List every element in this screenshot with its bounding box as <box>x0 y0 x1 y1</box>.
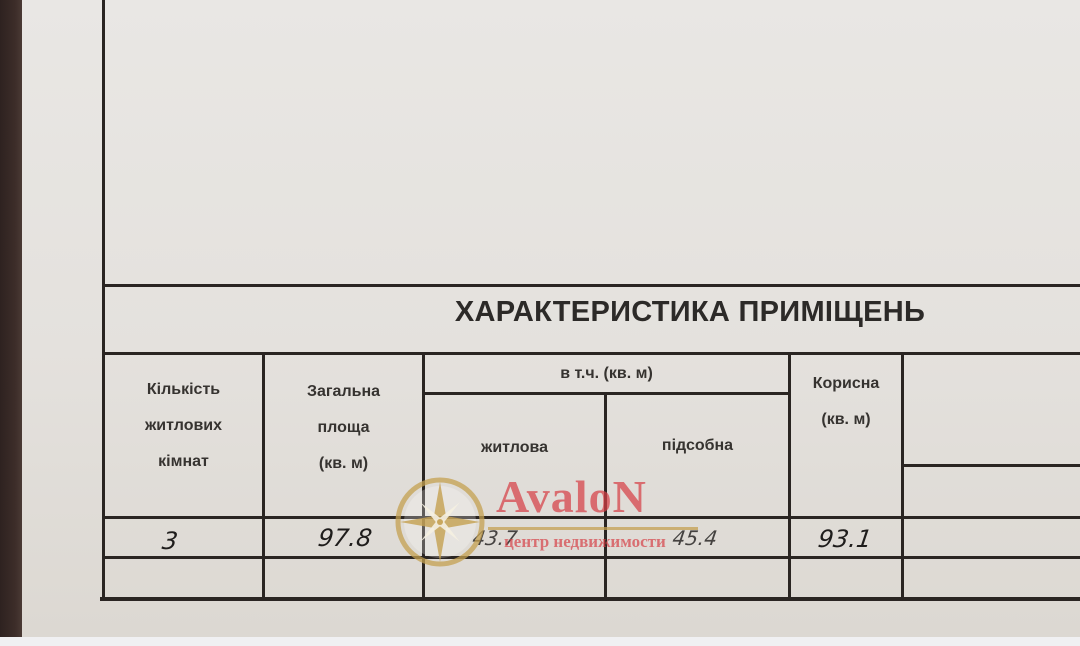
header-rooms-line-3: кімнат <box>105 444 262 480</box>
subheader-divider <box>424 392 790 395</box>
header-bottom-border <box>102 516 1080 519</box>
section-top-border <box>102 284 1080 287</box>
header-total-area-line-3: (кв. м) <box>265 446 422 482</box>
header-living: житлова <box>425 430 604 466</box>
header-useful-line-1: Корисна <box>791 366 901 402</box>
cell-rooms: 3 <box>118 527 222 555</box>
header-total-area-line-2: площа <box>265 410 422 446</box>
cell-total-area: 97.8 <box>288 524 402 552</box>
col-divider-5 <box>901 352 904 599</box>
cell-living: 43.7 <box>448 526 541 550</box>
header-rooms: Кількість житлових кімнат <box>105 372 262 480</box>
header-useful-line-2: (кв. м) <box>791 402 901 438</box>
cell-useful: 93.1 <box>798 525 892 553</box>
frame-left-border <box>102 0 105 600</box>
header-including-group: в т.ч. (кв. м) <box>425 356 788 392</box>
header-total-area-line-1: Загальна <box>265 374 422 410</box>
header-rooms-line-1: Кількість <box>105 372 262 408</box>
header-auxiliary: підсобна <box>607 428 788 464</box>
table-bottom-border <box>100 597 1080 601</box>
row-divider <box>102 556 1080 559</box>
table-top-border <box>102 352 1080 355</box>
header-rooms-line-2: житлових <box>105 408 262 444</box>
header-total-area: Загальна площа (кв. м) <box>265 374 422 482</box>
section-title: ХАРАКТЕРИСТИКА ПРИМІЩЕНЬ <box>330 296 1050 329</box>
col-divider-3 <box>604 392 607 599</box>
right-cell-divider <box>903 464 1080 467</box>
cell-auxiliary: 45.4 <box>648 526 741 550</box>
desk-edge <box>0 0 22 637</box>
header-useful: Корисна (кв. м) <box>791 366 901 438</box>
